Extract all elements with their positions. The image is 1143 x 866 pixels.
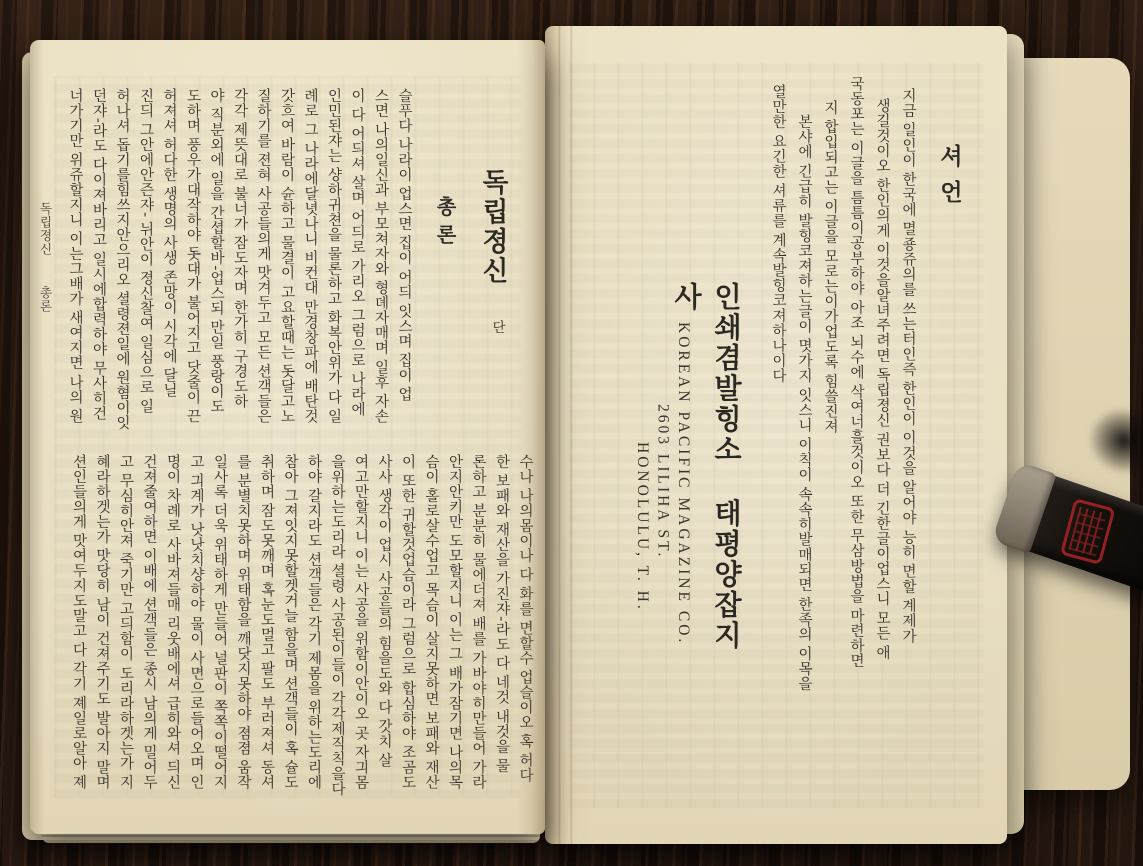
colophon-english: KOREAN PACIFIC MAGAZINE CO.2603 LILIHA S…: [629, 288, 693, 688]
preface-column: 국동포는 이글을 틈틈이공부하야 아조 뇌수에 삭여너흘것이오 또한 무삼방법을…: [843, 76, 869, 686]
colophon-english-line: HONOLULU, T. H.: [632, 442, 653, 688]
text-column: 진듸 그안에안즌쟈- 뉘안이 졍신찰여 일심으로 일: [133, 88, 157, 464]
preface-columns: 지금 일인이 한국에 멸죵쥬의를 쓰는터인즉 한인이 이것을 알어야 능히 면할…: [763, 76, 921, 686]
text-column: 한 보패와 재산을 가진쟈-라도 다 네것 내것을 물: [489, 454, 513, 836]
text-column: 야 직분외에 일을 간셥할바-업스되 만일 풍랑이도: [204, 88, 228, 464]
text-column: 수나 나의몸이나 다 화를 면할수 업슬이오 혹 허다: [513, 454, 537, 836]
text-column: 질하기를 젼혀 사공들의게 맛겨두고 모든 션객들은: [251, 88, 275, 464]
preface-column: 지 합입되고는 이글을 모로는이가업도록 힘쓸진져: [817, 100, 843, 686]
text-column: 사사 생각이 업시 사공들의 힘을도와 다 갓치 살: [372, 454, 396, 836]
preface-column: 지금 일인이 한국에 멸죵쥬의를 쓰는터인즉 한인이 이것을 알어야 능히 면할…: [895, 88, 921, 686]
margin-label-title: 독립졍신: [38, 202, 52, 256]
text-column: 를 분별치못하며 위태함을 깨닷지못하야 졈졈 움작: [231, 454, 255, 836]
text-column: 허나셔 돕기를힘쓰지안으리오 셜령젼일에 원혐이잇: [110, 88, 134, 464]
body-text-bottom-register: 수나 나의몸이나 다 화를 면할수 업슬이오 혹 허다한 보패와 재산을 가진쟈…: [62, 454, 536, 836]
text-column: 스면 나의일신과 부모쳐자와 형뎨자매며 일후 자손: [368, 88, 392, 464]
text-column: 이 다 어듸셔 살며 어듸로 가리오 그럼으로 나라에: [345, 88, 369, 464]
text-column: 고 긔계가 낫낫치샹하야 물이 사면으로들어오며 인: [184, 454, 208, 836]
margin-label-section: 총론: [38, 286, 52, 313]
preface-column: 열만한 요긴한 셔류를 계속발힝코져하나이다: [765, 84, 791, 686]
text-column: 인민된쟈는 샹하귀쳔을 물론하고 화복안위가 다 일: [321, 88, 345, 464]
text-column: 참아 그져잇지못할겟거늘 함을며 션객들이 혹 슐도: [278, 454, 302, 836]
text-column: 고 무심히안져 죽기만 고듸함이 도리라하겟는가 지: [113, 454, 137, 836]
text-column: 명이 차례로 사바져들매 리웃배에셔 급히와셔 듸신: [160, 454, 184, 836]
body-text-top-register: 슬푸다 나라이 업스면 집이 어듸 잇스며 집이 업스면 나의일신과 부모쳐자와…: [62, 88, 415, 464]
left-page: 독립졍신 총론 단 슬푸다 나라이 업스면 집이 어듸 잇스며 집이 업스면 나…: [30, 40, 545, 834]
book-title: 독립졍신: [474, 168, 513, 298]
text-column: 갓흐여 바람이 슌하고 물결이 고요할때는 돗달고노: [274, 88, 298, 464]
text-column: 슴이 홀로살수업고 목슴이 살지못하면 보패와 재산: [419, 454, 443, 836]
section-heading: 총론: [430, 196, 459, 306]
preface-heading: 셔언: [933, 144, 966, 274]
text-column: 하야 갈지라도 션객들은 각기 제몸을 위하는도리에: [301, 454, 325, 836]
text-column: 던쟈-라도 다이져바리고 일시에합력하야 무사히건: [86, 88, 110, 464]
text-column: 이 또한 귀할것업슴이라 그럼으로 합심하야 조곰도: [395, 454, 419, 836]
margin-label: 독립졍신 총론: [36, 202, 54, 432]
text-column: 례로 그 나라에달녓나니 비컨대 만경창파에 배탄것: [298, 88, 322, 464]
text-column: 션인들의게 맛여두지도말고 다 각기 졔일로알아 졔: [66, 454, 90, 836]
text-column: 취하며 잠도못깨며 혹눈도멀고 팔도 부러져셔 동셔: [254, 454, 278, 836]
text-column: 각각 제뜻대로 불너가 잠도자며 한가히 구경도하: [227, 88, 251, 464]
colophon-korean: 인쇄겸발힝소 태평양잡지사: [695, 282, 745, 678]
text-column: 안지안키만 도모할지니 이는 그 배가잠기면 나의목: [442, 454, 466, 836]
colophon-english-line: 2603 LILIHA ST.: [652, 404, 673, 688]
text-column: 너가기만 위쥬할지니 이는그배가 새여지면 나의 원: [63, 88, 87, 464]
preface-column: 본샤에 긴급히 발힝코져하는글이 몃가지 잇스니 이칙이 속속히발매되면 한족의…: [791, 114, 817, 686]
red-seal-mark: [1060, 498, 1116, 565]
text-column: 건져줄여하면 이배에 션객들은 종시 남의게 밀어두: [137, 454, 161, 836]
text-column: 허져셔 허다한 생명의 사생 존망이 시각에 달닐: [157, 88, 181, 464]
colophon-english-line: KOREAN PACIFIC MAGAZINE CO.: [673, 322, 694, 688]
right-page: 셔언 지금 일인이 한국에 멸죵쥬의를 쓰는터인즉 한인이 이것을 알어야 능히…: [545, 26, 1007, 844]
text-column: 슬푸다 나라이 업스면 집이 어듸 잇스며 집이 업: [392, 88, 416, 464]
text-column: 일사록 더욱 위태하게 만들어 널판이 쪽쪽이떨어지: [207, 454, 231, 836]
text-column: 론하고 분분히 물에더져 배를 가바야히만들어 가라: [466, 454, 490, 836]
section-marker: 단: [487, 320, 507, 334]
text-column: 을위하는도리라 셜령 사공된이들이 각각제직칙을다: [325, 454, 349, 836]
text-column: 여고만할지니 이는 사공을 위함이안이오 곳 자긔몸: [348, 454, 372, 836]
text-column: 도하며 풍우가대작하야 돗대가 불어지고 닷줄이 끈: [180, 88, 204, 464]
photo-scene: 셔언 지금 일인이 한국에 멸죵쥬의를 쓰는터인즉 한인이 이것을 알어야 능히…: [0, 0, 1143, 866]
text-column: 혜라하겟는가 맛당히 남이 건져주기도 발아지 말며: [90, 454, 114, 836]
stamp-worn-end: [1131, 516, 1143, 601]
preface-column: 생길것이오 한인의게 이것을알녀주려면 독립졍신 권보다 더 긴한글이업스니 모…: [869, 98, 895, 686]
